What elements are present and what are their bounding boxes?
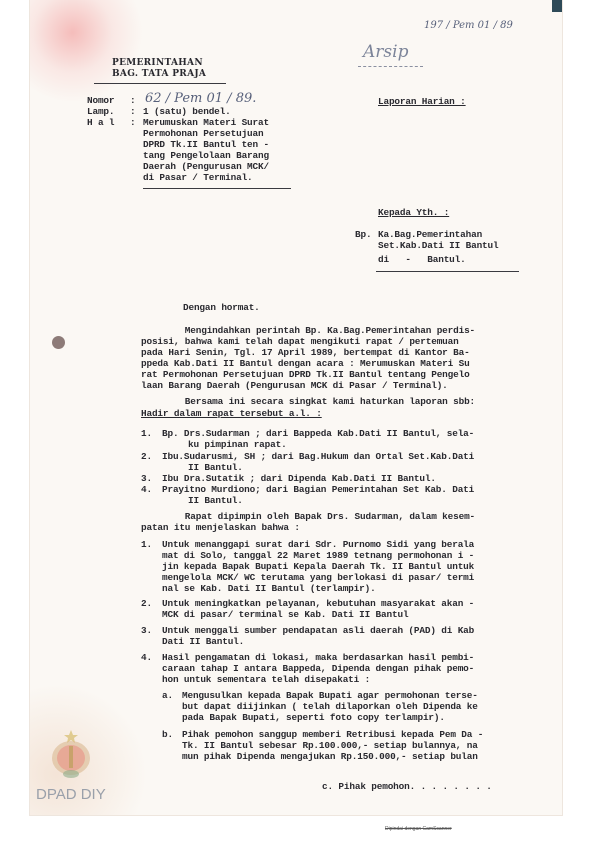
attendee-number: 1. [141, 429, 152, 440]
handwritten-reference: 197 / Pem 01 / 89 [424, 20, 513, 31]
hal-rule [143, 188, 291, 189]
scan-edge [552, 0, 562, 12]
point-line: hon untuk sementara telah disepakati : [162, 675, 370, 686]
letterhead-rule [94, 83, 226, 84]
recipient-prefix: Bp. [355, 230, 371, 241]
point-line: mat di Solo, tanggal 22 Maret 1989 tetna… [162, 551, 474, 562]
para3-line: Rapat dipimpin oleh Bapak Drs. Sudarman,… [141, 512, 475, 523]
footer-caption: Dipindai dengan CamScanner [385, 826, 452, 832]
point-line: caraan tahap I antara Bappeda, Dipenda d… [162, 664, 474, 675]
attendee-line: Bp. Drs.Sudarman ; dari Bappeda Kab.Dati… [162, 429, 474, 440]
para1-line: laan Barang Daerah (Pengurusan MCK di Pa… [141, 381, 448, 392]
point-line: nal se Kab. Dati II Bantul (terlampir). [162, 584, 376, 595]
subpoint-line: but dapat diijinkan ( telah dilaporkan o… [182, 702, 478, 713]
para1-line: pada Hari Senin, Tgl. 17 April 1989, ber… [141, 348, 470, 359]
para1-line: ppeda Kab.Dati II Bantul dengan acara : … [141, 359, 470, 370]
point-number: 1. [141, 540, 152, 551]
attendee-number: 3. [141, 474, 152, 485]
point-line: Dati II Bantul. [162, 637, 244, 648]
recipient-line: Set.Kab.Dati II Bantul [378, 241, 498, 252]
nomor-separator: : [130, 96, 135, 107]
point-line: Untuk meningkatkan pelayanan, kebutuhan … [162, 599, 474, 610]
attendee-line: Prayitno Murdiono; dari Bagian Pemerinta… [162, 485, 474, 496]
subpoint-line: Pihak pemohon sanggup memberi Retribusi … [182, 730, 483, 741]
report-title: Laporan Harian : [378, 97, 466, 108]
hal-label: H a l [87, 118, 114, 129]
subpoint-line: Mengusulkan kepada Bapak Bupati agar per… [182, 691, 478, 702]
point-number: 3. [141, 626, 152, 637]
subpoint-letter: b. [162, 730, 173, 741]
subpoint-letter: a. [162, 691, 173, 702]
point-line: mengelola MCK/ WC terutama yang berlokas… [162, 573, 474, 584]
attendee-line: II Bantul. [188, 496, 243, 507]
recipient-line: di - Bantul. [378, 255, 466, 266]
hal-separator: : [130, 118, 135, 129]
lamp-separator: : [130, 107, 135, 118]
para1-line: Mengindahkan perintah Bp. Ka.Bag.Pemerin… [141, 326, 475, 337]
point-number: 2. [141, 599, 152, 610]
nomor-value: 62 / Pem 01 / 89. [145, 91, 256, 106]
subpoint-line: Tk. II Bantul sebesar Rp.100.000,- setia… [182, 741, 478, 752]
point-line: Hasil pengamatan di lokasi, maka berdasa… [162, 653, 474, 664]
attendee-line: II Bantul. [188, 463, 243, 474]
hal-line: Daerah (Pengurusan MCK/ [143, 162, 269, 173]
letterhead-line2: BAG. TATA PRAJA [112, 69, 206, 80]
lamp-label: Lamp. [87, 107, 114, 118]
para1-line: posisi, bahwa kami telah dapat mengikuti… [141, 337, 459, 348]
lamp-value: 1 (satu) bendel. [143, 107, 231, 118]
attendee-line: Ibu.Sudarusmi, SH ; dari Bag.Hukum dan O… [162, 452, 474, 463]
para2: Bersama ini secara singkat kami haturkan… [141, 397, 475, 408]
point-line: Untuk menanggapi surat dari Sdr. Purnomo… [162, 540, 474, 551]
attendee-line: Ibu Dra.Sutatik ; dari Dipenda Kab.Dati … [162, 474, 436, 485]
recipient-rule [376, 271, 519, 272]
archive-label: Arsip [363, 42, 408, 62]
nomor-label: Nomor [87, 96, 114, 107]
hal-line: Merumuskan Materi Surat [143, 118, 269, 129]
recipient-line: Ka.Bag.Pemerintahan [378, 230, 482, 241]
continuation: c. Pihak pemohon. . . . . . . . [322, 782, 492, 793]
salutation: Dengan hormat. [183, 303, 260, 314]
letterhead-line1: PEMERINTAHAN [112, 58, 203, 69]
point-number: 4. [141, 653, 152, 664]
para3-line: patan itu menjelaskan bahwa : [141, 523, 300, 534]
attendee-number: 2. [141, 452, 152, 463]
yogyakarta-coat-of-arms-icon [48, 728, 94, 780]
hal-line: DPRD Tk.II Bantul ten - [143, 140, 269, 151]
attendee-number: 4. [141, 485, 152, 496]
point-line: MCK di pasar/ terminal se Kab. Dati II B… [162, 610, 408, 621]
para1-line: rat Permohonan Persetujuan DPRD Tk.II Ba… [141, 370, 470, 381]
subpoint-line: mun pihak Dipenda mengajukan Rp.150.000,… [182, 752, 478, 763]
recipient-heading: Kepada Yth. : [378, 208, 449, 219]
attendees-heading: Hadir dalam rapat tersebut a.l. : [141, 409, 322, 420]
subpoint-line: pada Bapak Bupati, seperti foto copy ter… [182, 713, 445, 724]
hal-line: di Pasar / Terminal. [143, 173, 253, 184]
watermark-text: DPAD DIY [36, 786, 106, 803]
archive-underline [358, 66, 423, 67]
attendee-line: ku pimpinan rapat. [188, 440, 287, 451]
punch-hole-icon [52, 336, 65, 349]
hal-line: tang Pengelolaan Barang [143, 151, 269, 162]
point-line: Untuk menggali sumber pendapatan asli da… [162, 626, 474, 637]
point-line: jin kepada Bapak Bupati Kepala Daerah Tk… [162, 562, 474, 573]
hal-line: Permohonan Persetujuan [143, 129, 263, 140]
